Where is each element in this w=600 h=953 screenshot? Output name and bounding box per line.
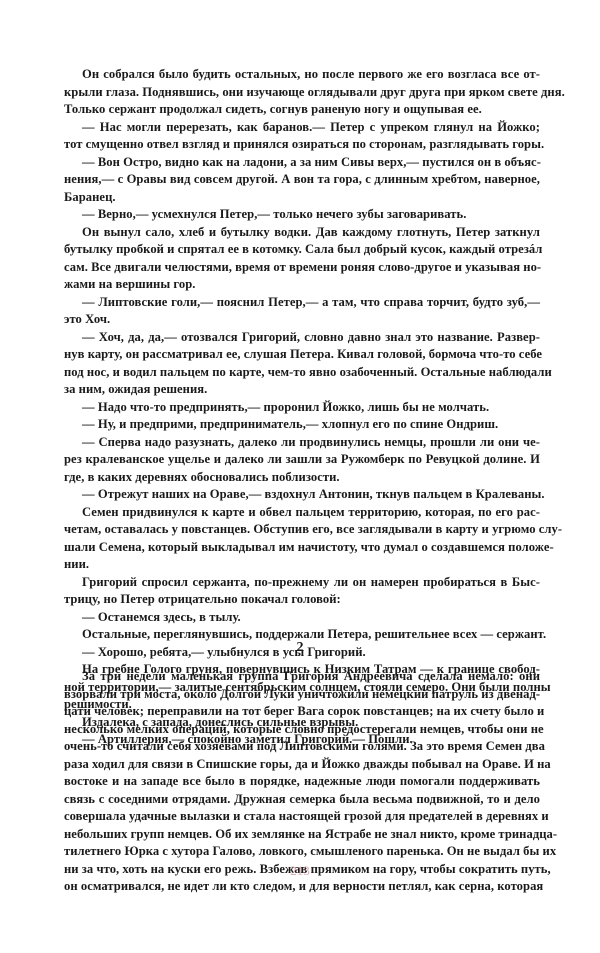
- text-line: Он вынул сало, хлеб и бутылку водки. Дав…: [64, 224, 540, 242]
- text-line: небольших групп немцев. Об их землянке н…: [64, 826, 540, 844]
- text-line: шали Семена, который выкладывал им начис…: [64, 539, 540, 557]
- text-line: трицу, но Петер отрицательно покачал гол…: [64, 591, 540, 609]
- text-line: сам. Все двигали челюстями, время от вре…: [64, 259, 540, 277]
- text-line: — Хоч, да, да,— отозвался Григорий, слов…: [64, 329, 540, 347]
- text-line: очень-то считали себя хозяевами под Липт…: [64, 738, 540, 756]
- text-line: — Сперва надо разузнать, далеко ли продв…: [64, 434, 540, 452]
- text-line: — Ну, и предприми, предприниматель,— хло…: [64, 416, 540, 434]
- text-line: — Надо что-то предпринять,— проронил Йож…: [64, 399, 540, 417]
- text-line: совершала удачные вылазки и стала настоя…: [64, 808, 540, 826]
- text-line: где, в каких деревнях обосновались побли…: [64, 469, 540, 487]
- text-line: он осматривался, не идет ли кто следом, …: [64, 878, 540, 896]
- text-line: за ним, ожидая решения.: [64, 381, 540, 399]
- text-line: тилетнего Юрка с хутора Галово, ловкого,…: [64, 843, 540, 861]
- text-line: — Отрежут наших на Ораве,— вздохнул Анто…: [64, 486, 540, 504]
- text-line: взорвали три моста, около Долгой Луки ун…: [64, 686, 540, 704]
- page-number: 213: [0, 863, 600, 879]
- section-2-text: За три недели маленькая группа Григория …: [64, 668, 540, 896]
- text-line: это Хоч.: [64, 311, 540, 329]
- text-line: — Липтовские голи,— пояснил Петер,— а та…: [64, 294, 540, 312]
- text-line: За три недели маленькая группа Григория …: [64, 668, 540, 686]
- text-line: четам, оставалась у повстанцев. Обступив…: [64, 521, 540, 539]
- chapter-heading: 2: [0, 640, 600, 656]
- text-line: связь с соседними отрядами. Дружная семе…: [64, 791, 540, 809]
- text-line: Баранец.: [64, 189, 540, 207]
- text-line: несколько мелких операций, которые словн…: [64, 721, 540, 739]
- text-line: бутылку пробкой и спрятал ее в котомку. …: [64, 241, 540, 259]
- text-line: — Верно,— усмехнулся Петер,— только нече…: [64, 206, 540, 224]
- text-line: нув карту, он рассматривал ее, слушая Пе…: [64, 346, 540, 364]
- text-line: цати человек; переправили на тот берег В…: [64, 703, 540, 721]
- text-line: рез кралеванское ущелье и далеко ли зашл…: [64, 451, 540, 469]
- text-line: — Нас могли перерезать, как баранов.— Пе…: [64, 119, 540, 137]
- text-line: под нос, и водил пальцем по карте, чем-т…: [64, 364, 540, 382]
- text-line: раза ходил для связи в Спишские горы, да…: [64, 756, 540, 774]
- text-line: Только сержант продолжал сидеть, согнув …: [64, 101, 540, 119]
- text-line: Семен придвинулся к карте и обвел пальце…: [64, 504, 540, 522]
- text-line: крыли глаза. Поднявшись, они изучающе ог…: [64, 84, 540, 102]
- text-line: — Останемся здесь, в тылу.: [64, 609, 540, 627]
- text-line: востоке и на западе все было в порядке, …: [64, 773, 540, 791]
- text-line: Григорий спросил сержанта, по-прежнему л…: [64, 574, 540, 592]
- text-line: нии.: [64, 556, 540, 574]
- text-line: жами на вершины гор.: [64, 276, 540, 294]
- text-line: нения,— с Оравы вид совсем другой. А вон…: [64, 171, 540, 189]
- text-line: — Вон Остро, видно как на ладони, а за н…: [64, 154, 540, 172]
- text-line: Он собрался было будить остальных, но по…: [64, 66, 540, 84]
- text-line: тот смущенно отвел взгляд и принялся ози…: [64, 136, 540, 154]
